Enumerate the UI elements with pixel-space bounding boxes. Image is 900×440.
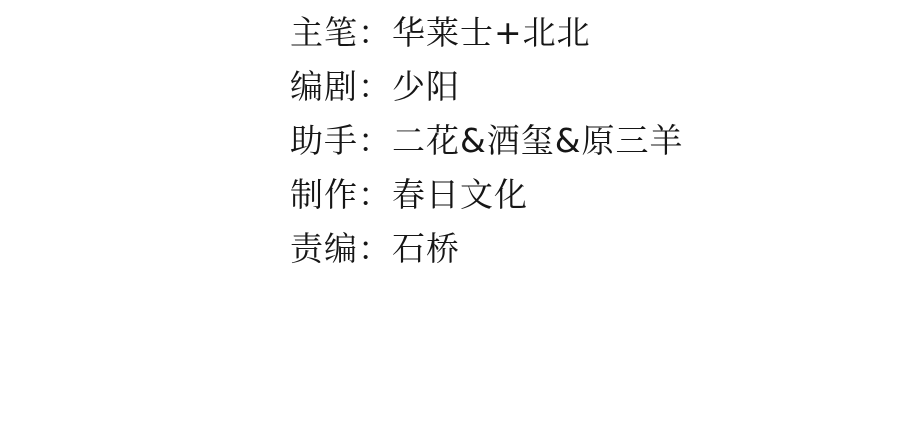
credit-separator: ：: [358, 229, 392, 268]
credits-block: 主笔：华莱士+北北 编剧：少阳 助手：二花&酒玺&原三羊 制作：春日文化 责编：…: [290, 6, 683, 276]
credit-role: 助手: [290, 121, 358, 160]
credit-value: 少阳: [392, 67, 460, 106]
credit-separator: ：: [358, 121, 392, 160]
credit-separator: ：: [358, 175, 392, 214]
credit-role: 制作: [290, 175, 358, 214]
credit-value: 二花&酒玺&原三羊: [392, 121, 683, 160]
credit-value: 石桥: [392, 229, 460, 268]
credit-separator: ：: [358, 67, 392, 106]
credits-page: 主笔：华莱士+北北 编剧：少阳 助手：二花&酒玺&原三羊 制作：春日文化 责编：…: [0, 0, 900, 440]
credit-role: 主笔: [290, 13, 358, 52]
credit-role: 编剧: [290, 67, 358, 106]
credit-line-scriptwriter: 编剧：少阳: [290, 60, 683, 114]
credit-line-editor: 责编：石桥: [290, 222, 683, 276]
credit-role: 责编: [290, 229, 358, 268]
credit-line-assistants: 助手：二花&酒玺&原三羊: [290, 114, 683, 168]
credit-line-lead-artist: 主笔：华莱士+北北: [290, 6, 683, 60]
credit-value: 华莱士+北北: [392, 13, 591, 52]
credit-line-production: 制作：春日文化: [290, 168, 683, 222]
credit-value: 春日文化: [392, 175, 528, 214]
credit-separator: ：: [358, 13, 392, 52]
